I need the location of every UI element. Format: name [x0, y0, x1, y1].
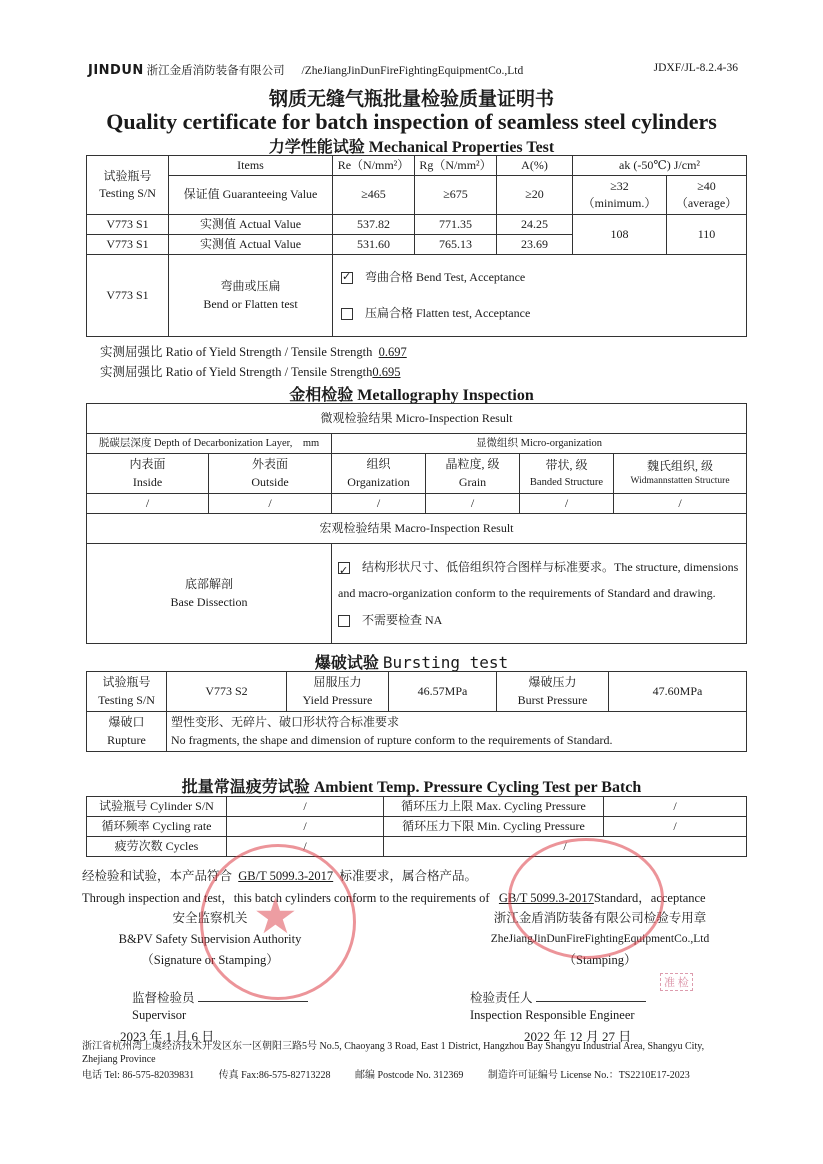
macro-conform-checkbox[interactable]: [338, 562, 350, 574]
bend-test-row: V773 S1 弯曲或压扁Bend or Flatten test 弯曲合格 B…: [87, 255, 747, 337]
bursting-sn: V773 S2: [167, 672, 287, 712]
authority-block: 安全监察机关 B&PV Safety Supervision Authority…: [100, 908, 320, 971]
col-rg-header: Rg（N/mm²）: [415, 156, 497, 176]
title-cn: 钢质无缝气瓶批量检验质量证明书: [0, 84, 823, 111]
burst-pressure-value: 47.60MPa: [609, 672, 747, 712]
bend-test-checkbox[interactable]: [341, 272, 353, 284]
company-stamp-block: 浙江金盾消防装备有限公司检验专用章 ZheJiangJinDunFireFigh…: [470, 908, 730, 971]
supervisor-label: 监督检验员: [132, 988, 308, 1006]
ratio-line-1: 实测屈强比 Ratio of Yield Strength / Tensile …: [100, 342, 407, 360]
yield-pressure-value: 46.57MPa: [389, 672, 497, 712]
guarantee-row: 保证值 Guaranteeing Value ≥465 ≥675 ≥20 ≥32…: [87, 176, 747, 215]
decarbonization-header: 脱碳层深度 Depth of Decarbonization Layer, mm: [87, 434, 332, 454]
micro-values-row: / / / / / /: [87, 494, 747, 514]
flatten-test-checkbox[interactable]: [341, 308, 353, 320]
micro-column-headers: 内表面Inside 外表面Outside 组织Organization 晶粒度,…: [87, 454, 747, 494]
col-ak-header: ak (-50℃) J/cm²: [573, 156, 747, 176]
company-name-en: /ZheJiangJinDunFireFightingEquipmentCo.,…: [302, 65, 524, 77]
macro-title: 宏观检验结果 Macro-Inspection Result: [87, 514, 747, 544]
document-code: JDXF/JL-8.2.4-36: [654, 62, 738, 74]
engineer-label: 检验责任人: [470, 988, 646, 1006]
ak-avg-actual: 110: [667, 215, 747, 255]
supervisor-signature-line: [198, 1001, 308, 1002]
footer-contacts: 电话 Tel: 86-575-82039831 传真 Fax:86-575-82…: [82, 1066, 742, 1081]
macro-na-checkbox[interactable]: [338, 615, 350, 627]
ak-min-actual: 108: [573, 215, 667, 255]
col-sn-header: 试验瓶号Testing S/N: [87, 156, 169, 215]
ratio-value-1: 0.697: [379, 345, 407, 359]
small-inspection-stamp: 准 检: [660, 973, 693, 991]
company-name-cn: 浙江金盾消防装备有限公司: [147, 65, 285, 77]
micro-title: 微观检验结果 Micro-Inspection Result: [87, 404, 747, 434]
table-row: 疲劳次数 Cycles/ /: [87, 837, 747, 857]
cycling-section-title: 批量常温疲劳试验 Ambient Temp. Pressure Cycling …: [0, 774, 823, 797]
mechanical-properties-table: 试验瓶号Testing S/N Items Re（N/mm²） Rg（N/mm²…: [86, 155, 747, 337]
supervisor-en: Supervisor: [132, 1008, 186, 1023]
conclusion-en: Through inspection and test，this batch c…: [82, 888, 706, 906]
letterhead: JINDUN 浙江金盾消防装备有限公司 /ZheJiangJinDunFireF…: [88, 62, 738, 78]
company-logo: JINDUN: [88, 63, 144, 78]
ratio-line-2: 实测屈强比 Ratio of Yield Strength / Tensile …: [100, 362, 401, 380]
cycling-test-table: 试验瓶号 Cylinder S/N/ 循环压力上限 Max. Cycling P…: [86, 796, 747, 857]
engineer-signature-line: [536, 1001, 646, 1002]
ratio-value-2: 0.695: [372, 365, 400, 379]
base-dissection-row: 底部解剖Base Dissection 结构形状尺寸、低倍组织符合图样与标准要求…: [87, 544, 747, 644]
conclusion-cn: 经检验和试验，本产品符合 GB/T 5099.3-2017 标准要求，属合格产品…: [82, 866, 477, 884]
metallography-section-title: 金相检验 Metallography Inspection: [0, 382, 823, 405]
col-re-header: Re（N/mm²）: [333, 156, 415, 176]
col-items-header: Items: [169, 156, 333, 176]
micro-organization-header: 显微组织 Micro-organization: [332, 434, 747, 454]
mechanical-section-title: 力学性能试验 Mechanical Properties Test: [0, 134, 823, 157]
bursting-section-title: 爆破试验 Bursting test: [0, 650, 823, 673]
col-a-header: A(%): [497, 156, 573, 176]
metallography-table: 微观检验结果 Micro-Inspection Result 脱碳层深度 Dep…: [86, 403, 747, 644]
title-en: Quality certificate for batch inspection…: [0, 109, 823, 135]
table-row: 循环频率 Cycling rate/ 循环压力下限 Min. Cycling P…: [87, 817, 747, 837]
table-row: V773 S1 实测值 Actual Value 537.82 771.35 2…: [87, 215, 747, 235]
table-row: 试验瓶号 Cylinder S/N/ 循环压力上限 Max. Cycling P…: [87, 797, 747, 817]
bursting-test-table: 试验瓶号Testing S/N V773 S2 屈服压力Yield Pressu…: [86, 671, 747, 752]
engineer-en: Inspection Responsible Engineer: [470, 1008, 635, 1023]
footer-address: 浙江省杭州湾上虞经济技术开发区东一区朝阳三路5号 No.5, Chaoyang …: [82, 1040, 742, 1066]
